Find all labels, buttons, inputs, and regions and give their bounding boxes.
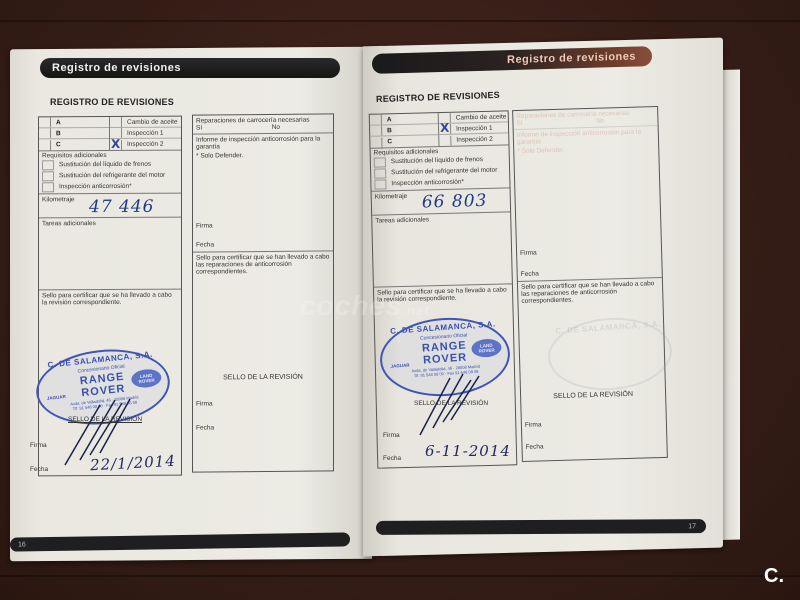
check-mark-icon: X [440,121,450,135]
page-number-left: 16 [18,541,26,548]
mileage-label: Kilometraje [42,196,75,203]
service-oil-change: Cambio de aceite [127,118,178,125]
check-mark-icon: X [111,136,120,150]
date-label: Fecha [30,466,48,473]
date-label: Fecha [196,241,214,248]
req-coolant: Sustitución del refrigerante del motor [59,172,165,180]
service-inspection-2: Inspección 2 [127,141,164,148]
service-inspection-1: Inspección 1 [127,129,164,136]
no-option[interactable]: No [596,118,605,125]
service-date[interactable]: 6-11-2014 [425,442,511,460]
service-grid: A B C Cambio de aceite Inspección 1 XIns… [39,117,181,152]
checkbox-coolant[interactable] [42,171,54,181]
letter-c: C [56,141,61,148]
header-title: Registro de revisiones [52,62,181,74]
service-types: Cambio de aceite XInspección 1 Inspecció… [439,111,509,146]
checkbox-inspection-1[interactable]: X [439,124,451,134]
only-defender-note: * Solo Defender. [196,151,330,159]
revision-stamp-label: SELLO DE LA REVISIÓN [521,390,665,401]
additional-tasks: Tareas adicionales [372,212,512,287]
watermark-main: coches [300,290,403,321]
only-defender-note: * Solo Defender. [517,144,655,155]
anticorrosion-certify: Sello para certificar que se han llevado… [193,251,333,442]
checkbox-coolant[interactable] [374,168,386,178]
additional-requirements: Requisitos adicionales Sustitución del l… [39,151,181,195]
req-brake-fluid: Sustitución del líquido de frenos [391,156,483,165]
letter-a: A [56,119,61,126]
additional-requirements: Requisitos adicionales Sustitución del l… [371,145,510,191]
anticorrosion-report: Informe de inspección anticorrosión para… [193,133,333,252]
mileage-row: Kilometraje 47 446 [39,194,181,219]
no-option[interactable]: No [272,124,280,131]
signature-mark [60,395,140,470]
date-label: Fecha [525,443,543,451]
service-letters: A B C [370,113,440,148]
bodywork-form-right: Reparaciones de carrocería necesarias Sí… [512,106,668,462]
mileage-label: Kilometraje [375,193,408,201]
date-label: Fecha [196,424,214,431]
service-types: Cambio de aceite Inspección 1 XInspecció… [110,117,181,150]
req-brake-fluid: Sustitución del líquido de frenos [59,161,151,168]
mileage-value[interactable]: 66 803 [422,191,488,213]
left-header-bar: Registro de revisiones [40,58,340,78]
yes-option[interactable]: Sí [516,120,522,127]
right-footer-bar: 17 [376,519,706,535]
checkbox-anticorrosion[interactable] [42,182,54,192]
checkbox-b[interactable] [39,128,51,138]
header-title: Registro de revisiones [507,51,636,67]
stamp-certify-row: Sello para certificar que se ha llevado … [39,290,181,309]
checkbox-brake-fluid[interactable] [374,157,386,167]
checkbox-a[interactable] [370,114,382,124]
signature-label: Firma [520,249,537,256]
signature-mark [415,370,485,440]
anticorrosion-certify-text: Sello para certificar que se han llevado… [196,253,330,275]
checkbox-c[interactable] [370,137,382,147]
signature-label: Firma [196,400,213,407]
service-oil-change: Cambio de aceite [456,113,507,121]
service-inspection-2: Inspección 2 [456,136,493,144]
checkbox-inspection-2[interactable]: X [110,139,122,149]
checkbox-anticorrosion[interactable] [374,179,386,189]
signature-label: Firma [525,421,542,428]
signature-label: Firma [30,442,47,449]
signature-label: Firma [383,432,400,439]
letter-a: A [387,116,392,123]
service-inspection-1: Inspección 1 [456,124,493,132]
signature-label: Firma [196,222,213,229]
additional-tasks-label: Tareas adicionales [375,216,429,224]
additional-tasks: Tareas adicionales [39,218,181,291]
service-grid: A B C Cambio de aceite XInspección 1 Ins… [370,111,509,148]
anticorrosion-report-label: Informe de inspección anticorrosión para… [196,135,330,150]
checkbox-brake-fluid[interactable] [42,160,54,170]
anticorrosion-report-label: Informe de inspección anticorrosión para… [517,128,655,146]
yes-option[interactable]: Sí [196,125,202,132]
date-label: Fecha [521,270,539,278]
section-title: REGISTRO DE REVISIONES [50,97,174,107]
letter-b: B [56,130,61,137]
watermark: coches.net [300,290,430,322]
date-label: Fecha [383,455,401,462]
anticorrosion-report: Informe de inspección anticorrosión para… [514,126,662,282]
checkbox-oil-change[interactable] [110,117,122,127]
leather-seam [0,20,800,22]
watermark-suffix: .net [403,303,430,318]
letter-c: C [387,138,392,145]
stamp-certify-text: Sello para certificar que se ha llevado … [42,292,172,307]
checkbox-a[interactable] [39,117,51,127]
mileage-value[interactable]: 47 446 [89,197,154,217]
additional-tasks-label: Tareas adicionales [42,220,96,227]
checkbox-c[interactable] [39,140,51,150]
mileage-row: Kilometraje 66 803 [372,188,511,215]
page-number-right: 17 [688,523,696,530]
anticorrosion-certify-text: Sello para certificar que se han llevado… [521,280,660,305]
letter-b: B [387,127,392,134]
site-logo: C. [764,565,784,588]
revision-stamp-label: SELLO DE LA REVISIÓN [193,373,333,381]
req-anticorrosion: Inspección anticorrosión* [391,178,464,187]
leather-seam [0,575,800,577]
req-anticorrosion: Inspección anticorrosión* [59,183,132,190]
service-letters: A B C [39,117,110,150]
checkbox-inspection-2[interactable] [439,135,451,145]
bodywork-repairs: Reparaciones de carrocería necesarias Sí… [193,114,333,134]
req-coolant: Sustitución del refrigerante del motor [391,167,497,177]
checkbox-b[interactable] [370,125,382,135]
